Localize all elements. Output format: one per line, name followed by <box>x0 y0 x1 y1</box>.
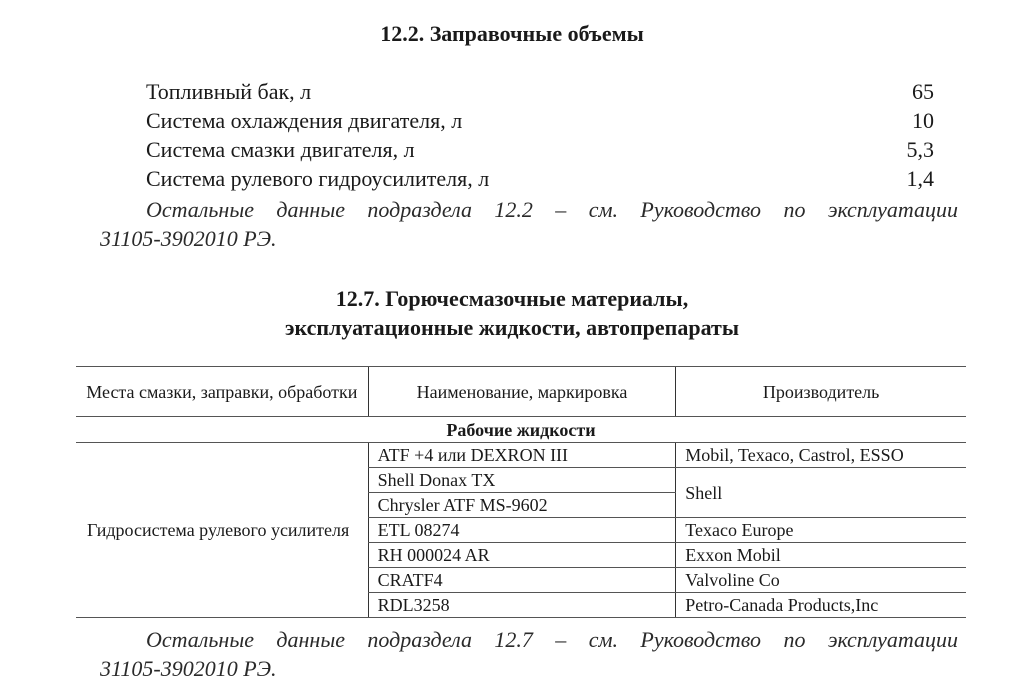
section-12-2-note: Остальные данные подраздела 12.2 – см. Р… <box>100 195 958 253</box>
maker-cell: Shell <box>676 468 966 518</box>
name-cell: ATF +4 или DEXRON III <box>368 443 676 468</box>
name-cell: ETL 08274 <box>368 518 676 543</box>
capacity-row-fuel-tank: Топливный бак, л 65 <box>146 77 934 106</box>
name-cell: RH 000024 AR <box>368 543 676 568</box>
capacity-label: Система охлаждения двигателя, л <box>146 106 462 135</box>
maker-cell: Valvoline Co <box>676 568 966 593</box>
name-cell: Chrysler ATF MS-9602 <box>368 493 676 518</box>
maker-cell: Petro-Canada Products,Inc <box>676 593 966 618</box>
capacity-row-power-steering: Система рулевого гидроусилителя, л 1,4 <box>146 164 934 193</box>
header-name: Наименование, маркировка <box>368 367 676 417</box>
capacity-label: Система рулевого гидроусилителя, л <box>146 164 489 193</box>
capacity-row-lubrication: Система смазки двигателя, л 5,3 <box>146 135 934 164</box>
capacity-label: Топливный бак, л <box>146 77 311 106</box>
note-line-2: 31105-3902010 РЭ. <box>100 224 958 253</box>
capacity-row-cooling: Система охлаждения двигателя, л 10 <box>146 106 934 135</box>
name-cell: CRATF4 <box>368 568 676 593</box>
materials-table: Места смазки, заправки, обработки Наимен… <box>76 366 966 618</box>
section-12-7-title: 12.7. Горючесмазочные материалы, эксплуа… <box>0 284 1024 342</box>
name-cell: Shell Donax TX <box>368 468 676 493</box>
maker-cell: Exxon Mobil <box>676 543 966 568</box>
capacity-value: 65 <box>912 77 934 106</box>
name-cell: RDL3258 <box>368 593 676 618</box>
title-line-1: 12.7. Горючесмазочные материалы, <box>0 284 1024 313</box>
maker-cell: Texaco Europe <box>676 518 966 543</box>
title-line-2: эксплуатационные жидкости, автопрепараты <box>0 313 1024 342</box>
capacity-value: 1,4 <box>907 164 935 193</box>
group-title: Рабочие жидкости <box>76 417 966 443</box>
capacity-value: 5,3 <box>907 135 935 164</box>
table-row: Гидросистема рулевого усилителя ATF +4 и… <box>76 443 966 468</box>
maker-cell: Mobil, Texaco, Castrol, ESSO <box>676 443 966 468</box>
header-maker: Производитель <box>676 367 966 417</box>
capacity-value: 10 <box>912 106 934 135</box>
note-line-2: 31105-3902010 РЭ. <box>100 654 958 683</box>
capacity-label: Система смазки двигателя, л <box>146 135 415 164</box>
table-group-row: Рабочие жидкости <box>76 417 966 443</box>
section-12-2-title: 12.2. Заправочные объемы <box>0 21 1024 47</box>
note-line-1: Остальные данные подраздела 12.7 – см. Р… <box>100 625 958 654</box>
place-cell: Гидросистема рулевого усилителя <box>76 443 368 618</box>
note-line-1: Остальные данные подраздела 12.2 – см. Р… <box>100 195 958 224</box>
table-header-row: Места смазки, заправки, обработки Наимен… <box>76 367 966 417</box>
section-12-7-note: Остальные данные подраздела 12.7 – см. Р… <box>100 625 958 683</box>
header-place: Места смазки, заправки, обработки <box>76 367 368 417</box>
